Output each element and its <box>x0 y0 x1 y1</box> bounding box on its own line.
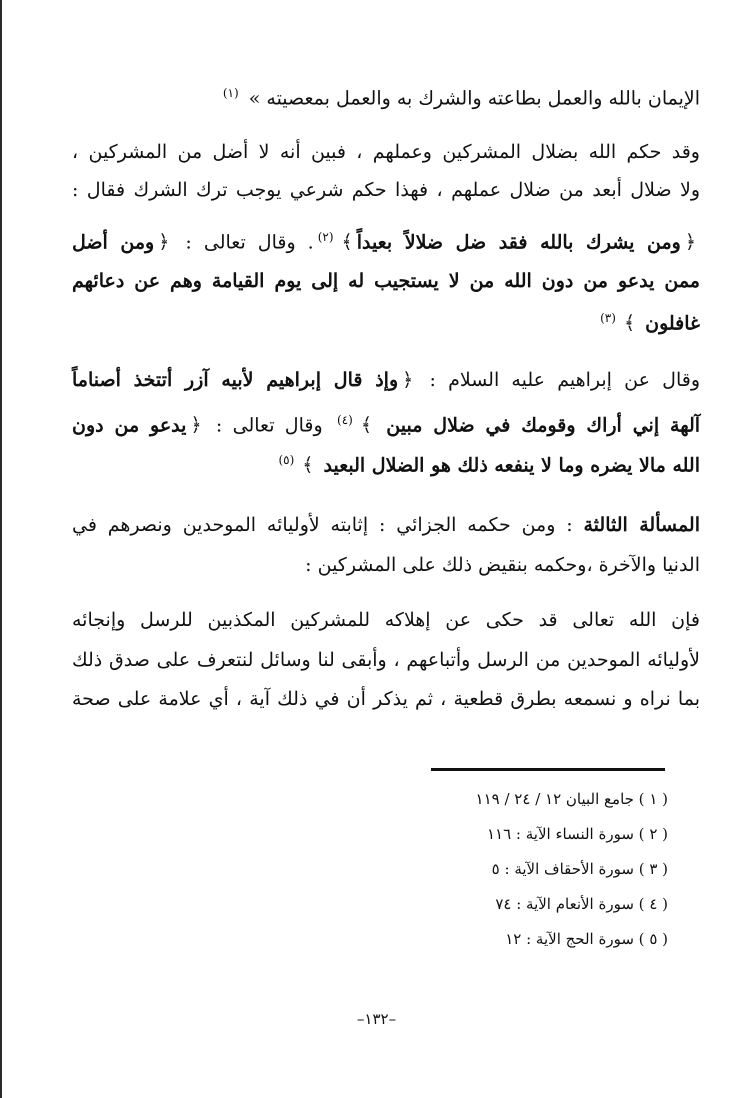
paragraph-1-line-2: ولا ضلال أبعد من ضلال عملهم ، فهذا حكم ش… <box>72 175 700 205</box>
footnote-ref-5[interactable]: (٥) <box>278 453 294 467</box>
footnote-ref-3[interactable]: (٣) <box>600 311 616 325</box>
paragraph-3-line-2: الدنيا والآخرة ،وحكمه بنقيض ذلك على المش… <box>72 550 700 580</box>
footnote-1: ( ١ ) جامع البيان ١٢ / ٢٤ / ١١٩ <box>476 782 668 817</box>
quran-quote: وإذ قال إبراهيم لأبيه آزر أتتخذ أصناماً <box>72 369 398 391</box>
paragraph-4-line-1: فإن الله تعالى قد حكى عن إهلاكه للمشركين… <box>72 605 700 635</box>
quran-quote: يدعو من دون <box>72 414 186 436</box>
quran-bracket-open-icon: ﴿ <box>402 369 413 391</box>
footnote-5: ( ٥ ) سورة الحج الآية : ١٢ <box>476 922 668 957</box>
paragraph-0-line-1: الإيمان بالله والعمل بطاعته والشرك به وا… <box>72 78 700 113</box>
footnote-4: ( ٤ ) سورة الأنعام الآية : ٧٤ <box>476 887 668 922</box>
paragraph-4-line-2: لأوليائه الموحدين من الرسل وأتباعهم ، وأ… <box>72 645 700 675</box>
footnote-ref-1[interactable]: (١) <box>223 86 239 100</box>
footnote-divider <box>431 768 665 771</box>
paragraph-1-line-5: غافلون ﴾(٣) <box>72 303 700 338</box>
paragraph-1-line-3: ﴿ومن يشرك بالله فقد ضل ضلالاً بعيداً﴾(٢)… <box>72 222 700 257</box>
quran-bracket-close-icon: ﴾ <box>302 454 313 476</box>
footnote-2: ( ٢ ) سورة النساء الآية : ١١٦ <box>476 817 668 852</box>
scan-left-edge <box>0 0 2 1098</box>
quran-quote: آلهة إني أراك وقومك في ضلال مبين <box>386 414 700 436</box>
text: : ومن حكمه الجزائي : إثابته لأوليائه الم… <box>72 514 573 536</box>
text: وقال تعالى : <box>216 414 323 436</box>
footnote-ref-2[interactable]: (٢) <box>318 230 334 244</box>
footnote-3: ( ٣ ) سورة الأحقاف الآية : ٥ <box>476 852 668 887</box>
paragraph-1-line-4: ممن يدعو من دون الله من لا يستجيب له إلى… <box>72 266 700 296</box>
paragraph-2-line-1: وقال عن إبراهيم عليه السلام : ﴿وإذ قال إ… <box>72 365 700 395</box>
text: وقال عن إبراهيم عليه السلام : <box>430 369 701 391</box>
paragraph-1-line-1: وقد حكم الله بضلال المشركين وعملهم ، فبي… <box>72 137 700 167</box>
paragraph-4-line-3: بما نراه و نسمعه بطرق قطعية ، ثم يذكر أن… <box>72 684 700 714</box>
quran-bracket-close-icon: ﴾ <box>342 231 353 253</box>
quran-bracket-open-icon: ﴿ <box>685 231 696 253</box>
paragraph-3-line-1: المسألة الثالثة : ومن حكمه الجزائي : إثا… <box>72 510 700 540</box>
footnote-ref-4[interactable]: (٤) <box>337 413 353 427</box>
text: الإيمان بالله والعمل بطاعته والشرك به وا… <box>249 87 700 109</box>
quran-quote: الله مالا يضره وما لا ينفعه ذلك هو الضلا… <box>323 454 700 476</box>
page-number: –١٣٢– <box>0 1010 753 1028</box>
quran-bracket-open-icon: ﴿ <box>190 414 201 436</box>
quran-quote: ومن يشرك بالله فقد ضل ضلالاً بعيداً <box>357 231 681 253</box>
footnotes-list: ( ١ ) جامع البيان ١٢ / ٢٤ / ١١٩ ( ٢ ) سو… <box>476 782 668 957</box>
section-heading: المسألة الثالثة <box>584 514 701 536</box>
quran-bracket-close-icon: ﴾ <box>624 312 635 334</box>
quran-bracket-open-icon: ﴿ <box>158 231 169 253</box>
quran-quote: ومن أضل <box>72 231 154 253</box>
text: . وقال تعالى : <box>185 231 313 253</box>
paragraph-2-line-3: الله مالا يضره وما لا ينفعه ذلك هو الضلا… <box>72 445 700 480</box>
quran-bracket-close-icon: ﴾ <box>361 414 372 436</box>
paragraph-2-line-2: آلهة إني أراك وقومك في ضلال مبين ﴾(٤) وق… <box>72 405 700 440</box>
quran-quote: غافلون <box>645 312 700 334</box>
